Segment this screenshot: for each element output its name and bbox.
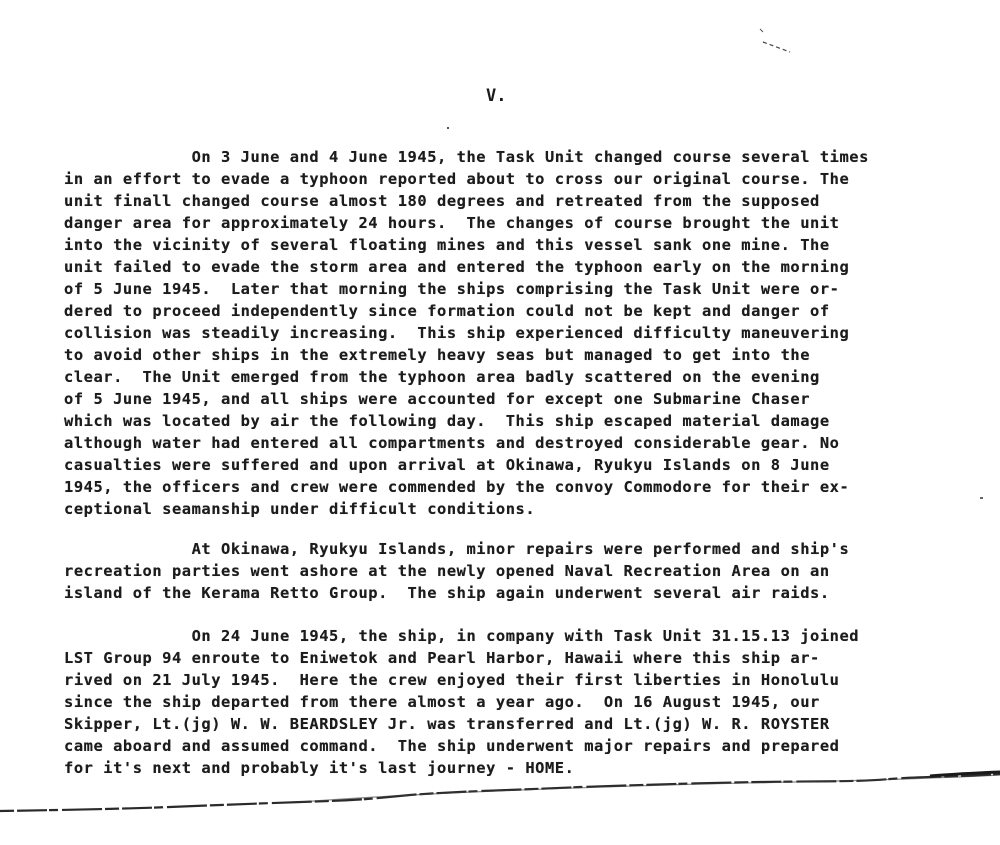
paragraph-typhoon: On 3 June and 4 June 1945, the Task Unit… <box>64 146 964 520</box>
text-line: dered to proceed independently since for… <box>64 300 964 322</box>
text-line: danger area for approximately 24 hours. … <box>64 212 964 234</box>
stray-mark <box>447 127 449 129</box>
text-line: Skipper, Lt.(jg) W. W. BEARDSLEY Jr. was… <box>64 713 964 735</box>
text-line: On 24 June 1945, the ship, in company wi… <box>64 625 964 647</box>
text-line: since the ship departed from there almos… <box>64 691 964 713</box>
text-line: which was located by air the following d… <box>64 410 964 432</box>
torn-edge-decoration <box>0 760 1000 820</box>
text-line: into the vicinity of several floating mi… <box>64 234 964 256</box>
text-line: in an effort to evade a typhoon reported… <box>64 168 964 190</box>
text-line: clear. The Unit emerged from the typhoon… <box>64 366 964 388</box>
document-page: V. On 3 June and 4 June 1945, the Task U… <box>0 0 1000 845</box>
paragraph-okinawa: At Okinawa, Ryukyu Islands, minor repair… <box>64 538 964 604</box>
text-line: recreation parties went ashore at the ne… <box>64 560 964 582</box>
text-line: unit finall changed course almost 180 de… <box>64 190 964 212</box>
section-heading: V. <box>486 86 506 106</box>
text-line: LST Group 94 enroute to Eniwetok and Pea… <box>64 647 964 669</box>
stray-mark <box>980 497 983 499</box>
text-line: although water had entered all compartme… <box>64 432 964 454</box>
text-line: island of the Kerama Retto Group. The sh… <box>64 582 964 604</box>
stray-mark <box>755 24 815 64</box>
text-line: of 5 June 1945. Later that morning the s… <box>64 278 964 300</box>
text-line: collision was steadily increasing. This … <box>64 322 964 344</box>
text-line: 1945, the officers and crew were commend… <box>64 476 964 498</box>
text-line: to avoid other ships in the extremely he… <box>64 344 964 366</box>
text-line: came aboard and assumed command. The shi… <box>64 735 964 757</box>
text-line: ceptional seamanship under difficult con… <box>64 498 964 520</box>
text-line: casualties were suffered and upon arriva… <box>64 454 964 476</box>
text-line: unit failed to evade the storm area and … <box>64 256 964 278</box>
paragraph-pearl-harbor: On 24 June 1945, the ship, in company wi… <box>64 625 964 779</box>
text-line: At Okinawa, Ryukyu Islands, minor repair… <box>64 538 964 560</box>
text-line: On 3 June and 4 June 1945, the Task Unit… <box>64 146 964 168</box>
text-line: of 5 June 1945, and all ships were accou… <box>64 388 964 410</box>
text-line: rived on 21 July 1945. Here the crew enj… <box>64 669 964 691</box>
